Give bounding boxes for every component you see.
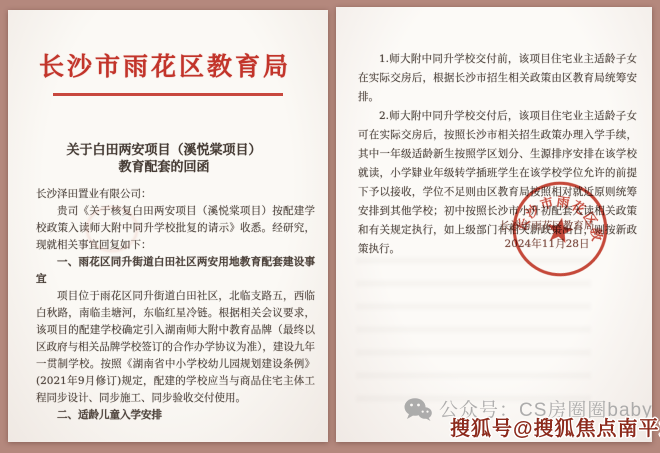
seal-star-icon [545,215,575,244]
agency-header: 长沙市雨花区教育局 [8,50,322,83]
enrollment-item-1: 1.师大附中同升学校交付前，该项目住宅业主适龄子女在实际交房后，根据长沙市招生相… [358,50,637,107]
document-title-line2: 教育配套的回函 [14,159,314,176]
scanned-letter-photo: 长沙市雨花区教育局 关于白田两安项目（溪悦棠项目） 教育配套的回函 长沙泽田置业… [0,0,660,453]
section1-paragraph: 项目位于雨花区同升街道白田社区，北临支路五，西临白秋路，南临圭塘河，东临红星冷链… [36,288,315,407]
intro-paragraph: 贵司《关于核复白田两安项目（溪悦棠项目）按配建学校政策入读师大附中同升学校批复的… [36,203,315,254]
wechat-icon [404,397,432,421]
official-seal-icon: 长沙市雨花区教育局 [500,169,620,289]
letter-page-2: 1.师大附中同升学校交付前，该项目住宅业主适龄子女在实际交房后，根据长沙市招生相… [336,7,652,442]
sohu-watermark: 搜狐号@搜狐焦点南平站 [450,412,660,441]
letter-page-1: 长沙市雨花区教育局 关于白田两安项目（溪悦棠项目） 教育配套的回函 长沙泽田置业… [8,10,328,442]
document-title-line1: 关于白田两安项目（溪悦棠项目） [14,142,314,159]
document-title: 关于白田两安项目（溪悦棠项目） 教育配套的回函 [14,142,314,176]
addressee-line: 长沙泽田置业有限公司： [36,186,315,203]
section2-heading: 二、适龄儿童入学安排 [36,407,315,424]
letter-body: 长沙泽田置业有限公司： 贵司《关于核复白田两安项目（溪悦棠项目）按配建学校政策入… [36,186,315,424]
red-divider [53,93,283,96]
section1-heading: 一、雨花区同升街道白田社区两安用地教育配套建设事宜 [36,254,315,288]
